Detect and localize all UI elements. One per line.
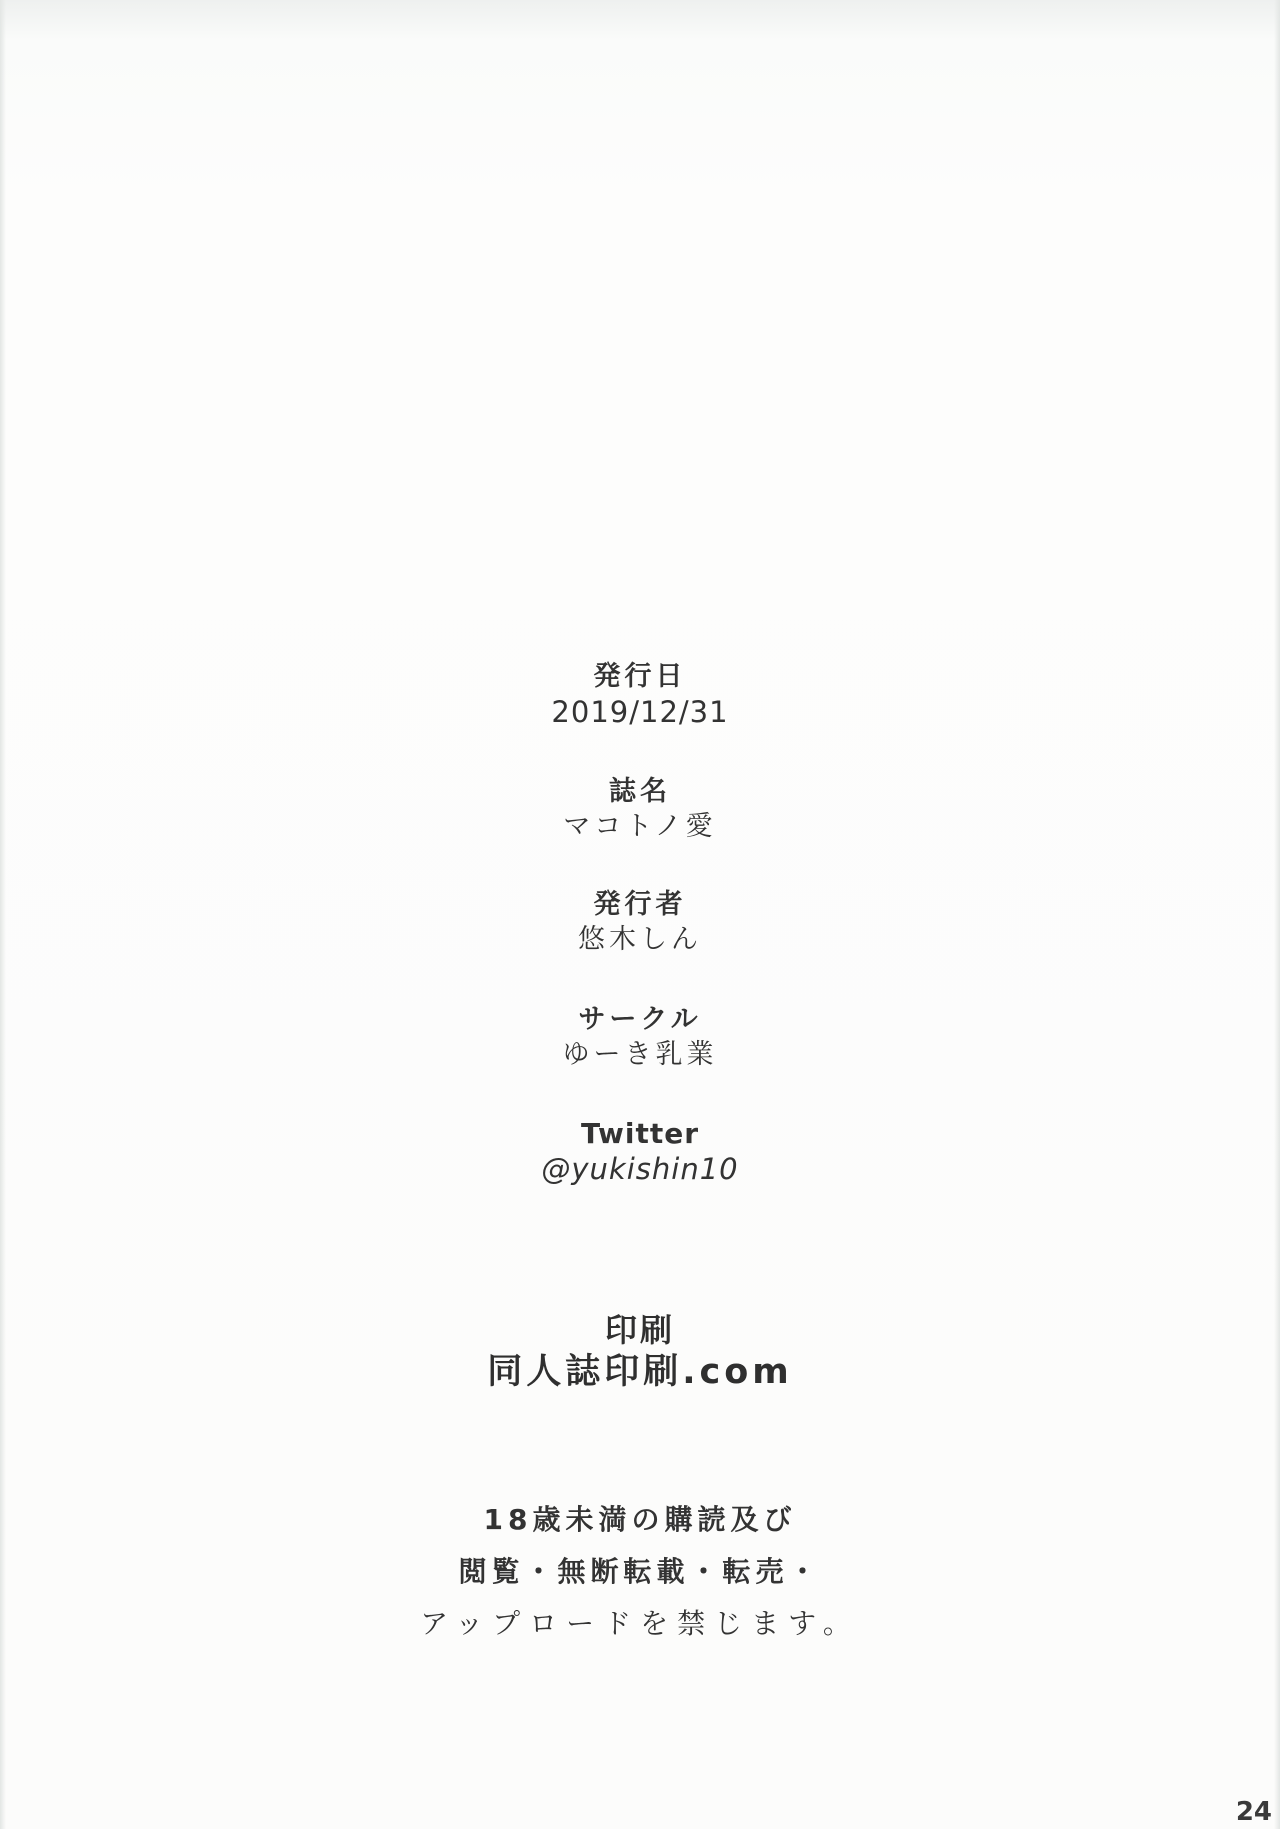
document-page: 発行日 2019/12/31 誌名 マコトノ愛 発行者 悠木しん サークル ゆー… [0, 0, 1280, 1829]
twitter-handle: @yukishin10 [0, 1151, 1280, 1187]
title-value: マコトノ愛 [0, 809, 1280, 845]
publish-date-value: 2019/12/31 [0, 694, 1280, 730]
title-label: 誌名 [0, 775, 1280, 809]
circle-section: サークル ゆーき乳業 [0, 1003, 1280, 1073]
publish-date-label: 発行日 [0, 660, 1280, 694]
printing-label: 印刷 [0, 1310, 1280, 1350]
publisher-value: 悠木しん [0, 922, 1280, 958]
circle-label: サークル [0, 1003, 1280, 1037]
publisher-section: 発行者 悠木しん [0, 888, 1280, 958]
publisher-label: 発行者 [0, 888, 1280, 922]
notice-line-3: アップロードを禁じます。 [0, 1598, 1280, 1650]
title-section: 誌名 マコトノ愛 [0, 775, 1280, 845]
publish-date-section: 発行日 2019/12/31 [0, 660, 1280, 730]
twitter-label: Twitter [0, 1117, 1280, 1151]
notice-line-2: 閲覧・無断転載・転売・ [0, 1546, 1280, 1598]
page-number: 24 [1236, 1797, 1272, 1827]
twitter-section: Twitter @yukishin10 [0, 1117, 1280, 1187]
notice-line-1: 18歳未満の購読及び [0, 1494, 1280, 1546]
printing-section: 印刷 同人誌印刷.com [0, 1310, 1280, 1394]
circle-value: ゆーき乳業 [0, 1037, 1280, 1073]
notice-section: 18歳未満の購読及び 閲覧・無断転載・転売・ アップロードを禁じます。 [0, 1494, 1280, 1650]
printing-value: 同人誌印刷.com [0, 1350, 1280, 1394]
